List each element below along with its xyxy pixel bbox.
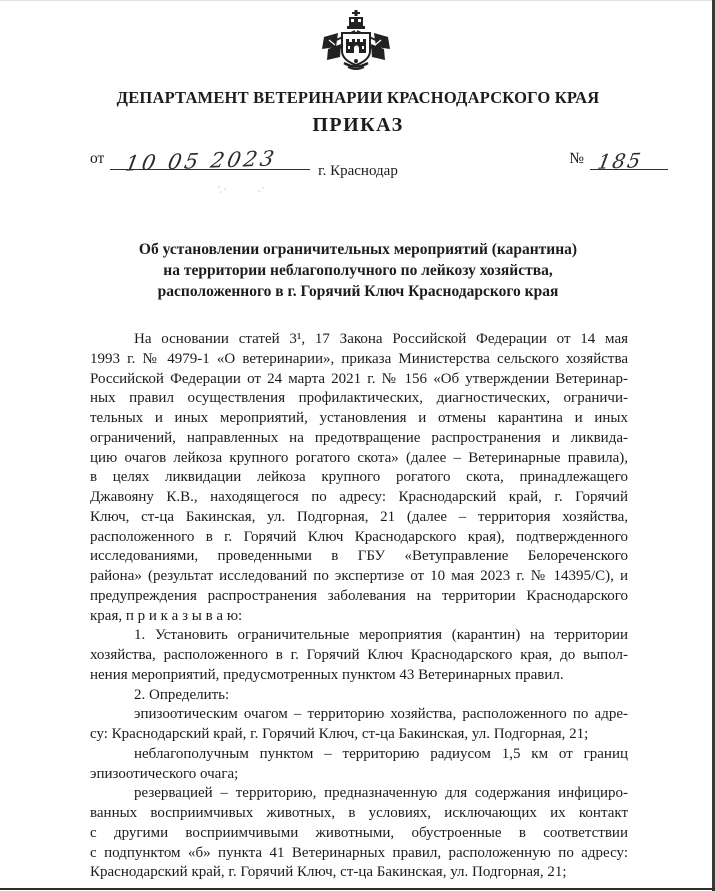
body-line: с подпунктом «б» пункта 41 Ветеринарных … (90, 844, 628, 864)
body-line: неблагополучным пунктом – территорию рад… (90, 745, 628, 765)
order-title-line: Об установлении ограничительных мероприя… (88, 239, 628, 260)
body-line: 2. Определить: (90, 686, 628, 706)
organization-name: ДЕПАРТАМЕНТ ВЕТЕРИНАРИИ КРАСНОДАРСКОГО К… (88, 88, 628, 108)
body-line: района» (результат исследований по экспе… (90, 567, 628, 587)
body-line: Джавояну К.В., находящегося по адресу: К… (90, 488, 628, 508)
body-line: 1. Установить ограничительные мероприяти… (90, 626, 628, 646)
body-line: резервацией – территорию, предназначенну… (90, 784, 628, 804)
body-line: 1993 г. № 4979-1 «О ветеринарии», приказ… (90, 350, 628, 370)
body-line: ванных восприимчивых животных, в условия… (90, 804, 628, 824)
body-line: Краснодарский край, г. Горячий Ключ, ст-… (90, 863, 628, 883)
document-type-title: ПРИКАЗ (88, 114, 628, 137)
body-line: тельных и иных мероприятий, установления… (90, 409, 628, 429)
body-line: су: Краснодарский край, г. Горячий Ключ,… (90, 725, 628, 745)
body-line: Ключ, ст-ца Бакинская, ул. Подгорная, 21… (90, 508, 628, 528)
order-title-line: на территории неблагополучного по лейкоз… (88, 260, 628, 281)
body-line: На основании статей 3¹, 17 Закона Россий… (90, 330, 628, 350)
document-body: На основании статей 3¹, 17 Закона Россий… (90, 330, 628, 883)
body-line: нения мероприятий, предусмотренных пункт… (90, 666, 628, 686)
coat-of-arms-icon (0, 9, 712, 76)
body-line: эпизоотическим очагом – территорию хозяй… (90, 705, 628, 725)
document-page: ДЕПАРТАМЕНТ ВЕТЕРИНАРИИ КРАСНОДАРСКОГО К… (0, 0, 715, 891)
body-line: цию очагов лейкоза крупного рогатого ско… (90, 449, 628, 469)
body-line: исследованиями, проведенными в ГБУ «Вету… (90, 547, 628, 567)
body-line: ных правил осуществления профилактически… (90, 389, 628, 409)
body-line: в целях ликвидации лейкоза крупного рога… (90, 468, 628, 488)
order-title-line: расположенного в г. Горячий Ключ Краснод… (88, 281, 628, 302)
body-line: с другими восприимчивыми животными, обус… (90, 824, 628, 844)
body-line: предупреждения распространения заболеван… (90, 587, 628, 607)
scan-edge-top (0, 0, 715, 1)
scan-edge-bottom (0, 888, 715, 890)
body-line: расположенного в г. Горячий Ключ Краснод… (90, 528, 628, 548)
body-line: хозяйства, расположенного в г. Горячий К… (90, 646, 628, 666)
body-line: эпизоотического очага; (90, 765, 628, 785)
order-title: Об установлении ограничительных мероприя… (88, 239, 628, 302)
body-line: края, п р и к а з ы в а ю: (90, 607, 628, 627)
pencil-smudge (218, 186, 278, 196)
body-line: ограничений, направленных на предотвраще… (90, 429, 628, 449)
city-label: г. Краснодар (88, 163, 628, 180)
body-line: Российской Федерации от 24 марта 2021 г.… (90, 370, 628, 390)
